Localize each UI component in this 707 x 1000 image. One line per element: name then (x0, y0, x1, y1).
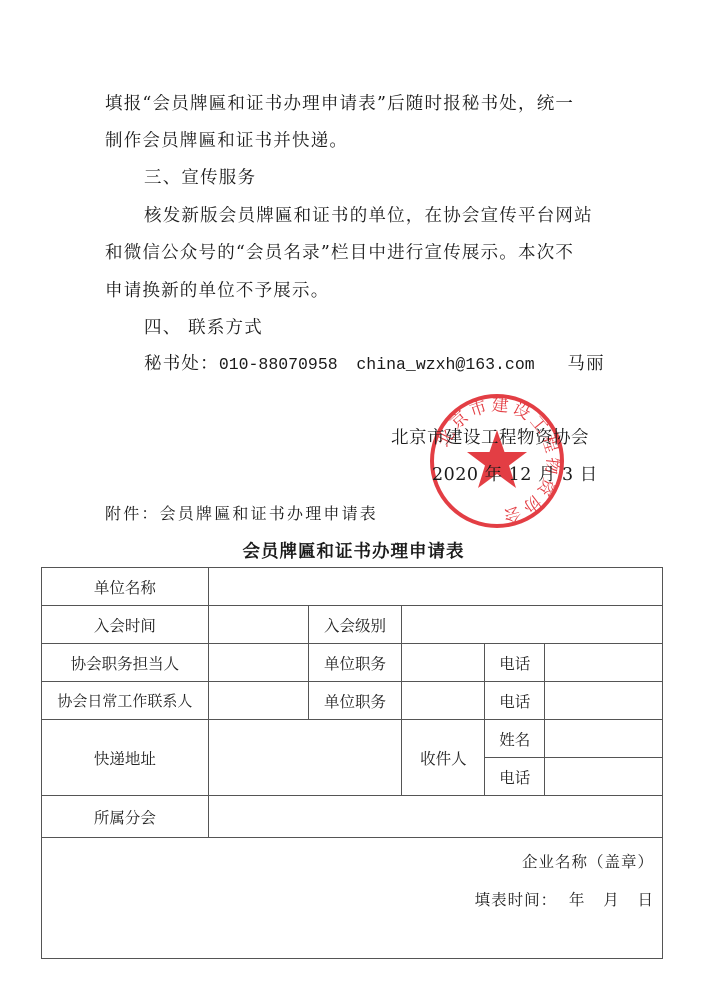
table-row: 企业名称（盖章） 填表时间： 年 月 日 (42, 838, 663, 959)
attachment-note: 附件：会员牌匾和证书办理申请表 (105, 501, 378, 524)
section-heading: 三、宣传服务 (144, 168, 256, 188)
label-phone: 电话 (485, 644, 545, 682)
table-row: 单位名称 (42, 568, 663, 606)
label-unit-name: 单位名称 (42, 568, 209, 606)
address-field[interactable] (208, 720, 402, 796)
official-seal-icon: 北京市建设工程物资协会 (428, 392, 566, 530)
daily-contact-phone-field[interactable] (545, 682, 663, 720)
fill-date-label: 填表时间： 年 月 日 (475, 888, 654, 910)
duty-person-field[interactable] (208, 644, 308, 682)
label-duty-person: 协会职务担当人 (42, 644, 209, 682)
label-recipient: 收件人 (402, 720, 485, 796)
daily-contact-position-field[interactable] (402, 682, 485, 720)
contact-person: 马丽 (567, 354, 604, 374)
contact-phone: 010-88070958 (219, 355, 338, 374)
daily-contact-field[interactable] (208, 682, 308, 720)
contact-email[interactable]: china_wzxh@163.com (356, 355, 534, 374)
label-join-level: 入会级别 (308, 606, 402, 644)
signature-org: 北京市建设工程物资协会 (391, 428, 589, 448)
seal-and-date-cell: 企业名称（盖章） 填表时间： 年 月 日 (42, 838, 663, 959)
label-branch: 所属分会 (42, 796, 209, 838)
section-heading: 四、 联系方式 (144, 318, 263, 338)
label-unit-position: 单位职务 (308, 682, 402, 720)
form-title: 会员牌匾和证书办理申请表 (0, 538, 707, 563)
label-recipient-phone: 电话 (485, 758, 545, 796)
label-daily-contact: 协会日常工作联系人 (42, 682, 209, 720)
paragraph-line: 填报“会员牌匾和证书办理申请表”后随时报秘书处，统一 (105, 94, 574, 114)
paragraph-line: 核发新版会员牌匾和证书的单位，在协会宣传平台网站 (144, 206, 593, 226)
duty-person-phone-field[interactable] (545, 644, 663, 682)
paragraph-line: 申请换新的单位不予展示。 (105, 281, 329, 301)
table-row: 协会职务担当人 单位职务 电话 (42, 644, 663, 682)
duty-person-position-field[interactable] (402, 644, 485, 682)
table-row: 快递地址 收件人 姓名 (42, 720, 663, 758)
table-row: 协会日常工作联系人 单位职务 电话 (42, 682, 663, 720)
paragraph-line: 制作会员牌匾和证书并快递。 (105, 131, 348, 151)
signature-date: 2020 年 12 月 3 日 (432, 465, 598, 485)
join-level-field[interactable] (402, 606, 663, 644)
branch-field[interactable] (208, 796, 662, 838)
company-seal-label: 企业名称（盖章） (522, 850, 654, 872)
label-recipient-name: 姓名 (485, 720, 545, 758)
contact-label: 秘书处： (144, 354, 219, 374)
table-row: 入会时间 入会级别 (42, 606, 663, 644)
label-phone: 电话 (485, 682, 545, 720)
application-form-table: 单位名称 入会时间 入会级别 协会职务担当人 单位职务 电话 协会日常工作联系人… (41, 567, 663, 959)
contact-line: 秘书处：010-88070958 china_wzxh@163.com 马丽 (144, 354, 605, 375)
label-unit-position: 单位职务 (308, 644, 402, 682)
table-row: 所属分会 (42, 796, 663, 838)
label-join-time: 入会时间 (42, 606, 209, 644)
join-time-field[interactable] (208, 606, 308, 644)
recipient-name-field[interactable] (545, 720, 663, 758)
recipient-phone-field[interactable] (545, 758, 663, 796)
unit-name-field[interactable] (208, 568, 662, 606)
paragraph-line: 和微信公众号的“会员名录”栏目中进行宣传展示。本次不 (105, 243, 574, 263)
label-address: 快递地址 (42, 720, 209, 796)
